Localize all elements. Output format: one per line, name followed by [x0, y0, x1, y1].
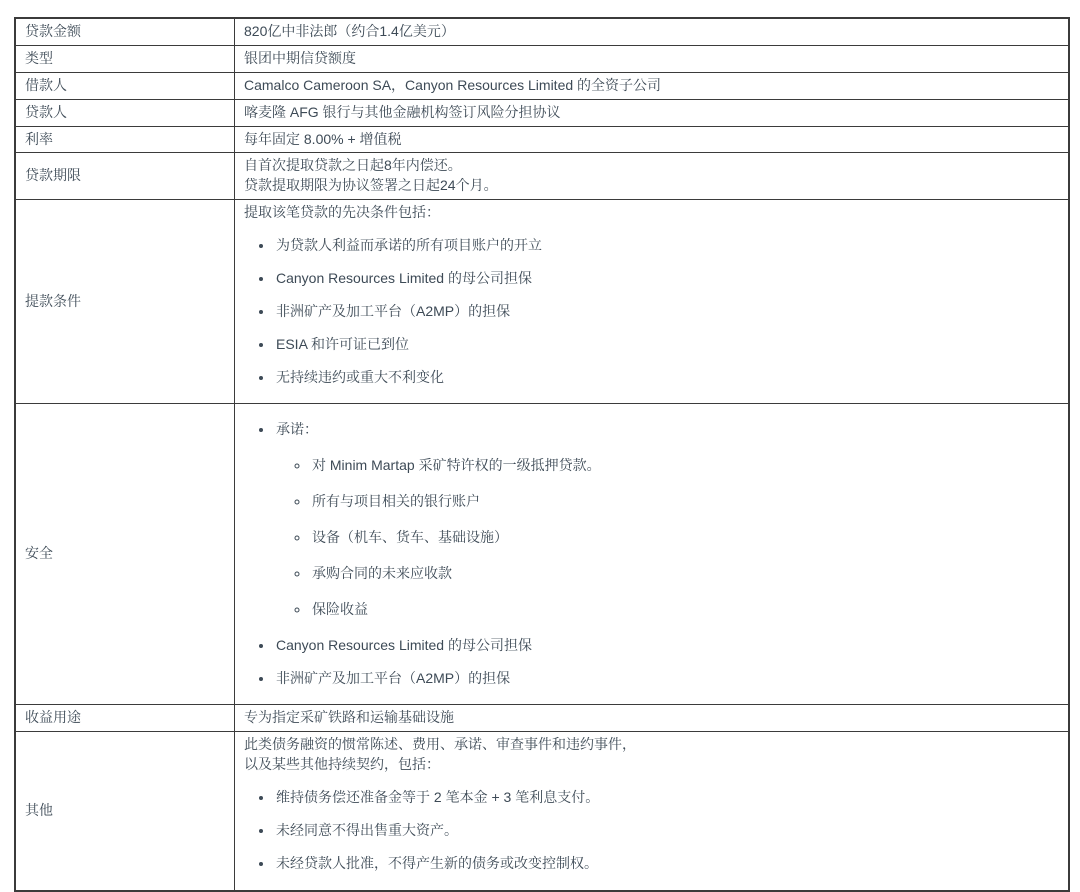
list-item: ESIA 和许可证已到位	[274, 335, 1059, 355]
row-value-cell: 此类债务融资的惯常陈述、费用、承诺、审查事件和违约事件，以及某些其他持续契约，包…	[235, 732, 1070, 891]
list-item-text: ESIA 和许可证已到位	[276, 336, 409, 352]
list-item-text: 非洲矿产及加工平台（A2MP）的担保	[276, 303, 510, 319]
sub-list-item: 所有与项目相关的银行账户	[310, 492, 1059, 512]
list-item: Canyon Resources Limited 的母公司担保	[274, 636, 1059, 656]
row-label-cell: 其他	[15, 732, 235, 891]
list-item: 维持债务偿还准备金等于 2 笔本金 + 3 笔利息支付。	[274, 788, 1059, 808]
row-label-cell: 贷款金额	[15, 18, 235, 45]
loan-terms-table: 贷款金额820亿中非法郎（约合1.4亿美元）类型银团中期信贷额度借款人Camal…	[14, 17, 1070, 892]
list-item-text: 维持债务偿还准备金等于 2 笔本金 + 3 笔利息支付。	[276, 789, 599, 805]
list-item: 非洲矿产及加工平台（A2MP）的担保	[274, 669, 1059, 689]
table-row: 类型银团中期信贷额度	[15, 45, 1069, 72]
row-value-cell: 银团中期信贷额度	[235, 45, 1070, 72]
table-row: 贷款期限自首次提取贷款之日起8年内偿还。贷款提取期限为协议签署之日起24个月。	[15, 153, 1069, 200]
row-value-cell: 喀麦隆 AFG 银行与其他金融机构签订风险分担协议	[235, 99, 1070, 126]
table-row: 安全承诺：对 Minim Martap 采矿特许权的一级抵押贷款。所有与项目相关…	[15, 404, 1069, 705]
bullet-list: 承诺：对 Minim Martap 采矿特许权的一级抵押贷款。所有与项目相关的银…	[244, 420, 1059, 688]
table-row: 贷款人喀麦隆 AFG 银行与其他金融机构签订风险分担协议	[15, 99, 1069, 126]
list-item-text: 承诺：	[276, 421, 318, 437]
bullet-list: 为贷款人利益而承诺的所有项目账户的开立Canyon Resources Limi…	[244, 236, 1059, 387]
table-row: 其他此类债务融资的惯常陈述、费用、承诺、审查事件和违约事件，以及某些其他持续契约…	[15, 732, 1069, 891]
row-label-cell: 利率	[15, 126, 235, 153]
list-item-text: Canyon Resources Limited 的母公司担保	[276, 637, 532, 653]
list-item-text: 为贷款人利益而承诺的所有项目账户的开立	[276, 237, 542, 253]
table-row: 利率每年固定 8.00% + 增值税	[15, 126, 1069, 153]
list-item: Canyon Resources Limited 的母公司担保	[274, 269, 1059, 289]
value-text-line: 以及某些其他持续契约，包括：	[244, 755, 1059, 775]
sub-list-item: 保险收益	[310, 600, 1059, 620]
table-row: 借款人Camalco Cameroon SA，Canyon Resources …	[15, 72, 1069, 99]
table-row: 贷款金额820亿中非法郎（约合1.4亿美元）	[15, 18, 1069, 45]
value-text-line: 每年固定 8.00% + 增值税	[244, 130, 1059, 150]
row-label-cell: 类型	[15, 45, 235, 72]
value-text-line: 820亿中非法郎（约合1.4亿美元）	[244, 22, 1059, 42]
row-value-cell: 820亿中非法郎（约合1.4亿美元）	[235, 18, 1070, 45]
sub-list-item: 承购合同的未来应收款	[310, 564, 1059, 584]
list-item: 非洲矿产及加工平台（A2MP）的担保	[274, 302, 1059, 322]
row-label-cell: 安全	[15, 404, 235, 705]
table-row: 收益用途专为指定采矿铁路和运输基础设施	[15, 705, 1069, 732]
value-text-line: Camalco Cameroon SA，Canyon Resources Lim…	[244, 76, 1059, 96]
row-value-cell: Camalco Cameroon SA，Canyon Resources Lim…	[235, 72, 1070, 99]
value-text-line: 专为指定采矿铁路和运输基础设施	[244, 708, 1059, 728]
value-text-line: 银团中期信贷额度	[244, 49, 1059, 69]
row-label-cell: 提款条件	[15, 200, 235, 404]
list-item: 为贷款人利益而承诺的所有项目账户的开立	[274, 236, 1059, 256]
row-label-cell: 贷款人	[15, 99, 235, 126]
list-item-text: Canyon Resources Limited 的母公司担保	[276, 270, 532, 286]
table-body: 贷款金额820亿中非法郎（约合1.4亿美元）类型银团中期信贷额度借款人Camal…	[15, 18, 1069, 891]
value-text-line: 自首次提取贷款之日起8年内偿还。	[244, 156, 1059, 176]
list-item: 未经同意不得出售重大资产。	[274, 821, 1059, 841]
row-label-cell: 贷款期限	[15, 153, 235, 200]
list-item: 未经贷款人批准，不得产生新的债务或改变控制权。	[274, 854, 1059, 874]
row-label-cell: 收益用途	[15, 705, 235, 732]
row-value-cell: 提取该笔贷款的先决条件包括：为贷款人利益而承诺的所有项目账户的开立Canyon …	[235, 200, 1070, 404]
bullet-list: 维持债务偿还准备金等于 2 笔本金 + 3 笔利息支付。未经同意不得出售重大资产…	[244, 788, 1059, 874]
sub-list-item: 对 Minim Martap 采矿特许权的一级抵押贷款。	[310, 456, 1059, 476]
list-item: 承诺：对 Minim Martap 采矿特许权的一级抵押贷款。所有与项目相关的银…	[274, 420, 1059, 619]
sub-list-item: 设备（机车、货车、基础设施）	[310, 528, 1059, 548]
list-item-text: 未经同意不得出售重大资产。	[276, 822, 458, 838]
row-value-cell: 自首次提取贷款之日起8年内偿还。贷款提取期限为协议签署之日起24个月。	[235, 153, 1070, 200]
row-value-cell: 每年固定 8.00% + 增值税	[235, 126, 1070, 153]
list-item-text: 非洲矿产及加工平台（A2MP）的担保	[276, 670, 510, 686]
list-item: 无持续违约或重大不利变化	[274, 368, 1059, 388]
list-item-text: 无持续违约或重大不利变化	[276, 369, 444, 385]
value-text-line: 提取该笔贷款的先决条件包括：	[244, 203, 1059, 223]
value-text-line: 贷款提取期限为协议签署之日起24个月。	[244, 176, 1059, 196]
list-item-text: 未经贷款人批准，不得产生新的债务或改变控制权。	[276, 855, 598, 871]
value-text-line: 此类债务融资的惯常陈述、费用、承诺、审查事件和违约事件，	[244, 735, 1059, 755]
value-text-line: 喀麦隆 AFG 银行与其他金融机构签订风险分担协议	[244, 103, 1059, 123]
sub-bullet-list: 对 Minim Martap 采矿特许权的一级抵押贷款。所有与项目相关的银行账户…	[276, 456, 1059, 619]
row-label-cell: 借款人	[15, 72, 235, 99]
table-row: 提款条件提取该笔贷款的先决条件包括：为贷款人利益而承诺的所有项目账户的开立Can…	[15, 200, 1069, 404]
row-value-cell: 专为指定采矿铁路和运输基础设施	[235, 705, 1070, 732]
row-value-cell: 承诺：对 Minim Martap 采矿特许权的一级抵押贷款。所有与项目相关的银…	[235, 404, 1070, 705]
